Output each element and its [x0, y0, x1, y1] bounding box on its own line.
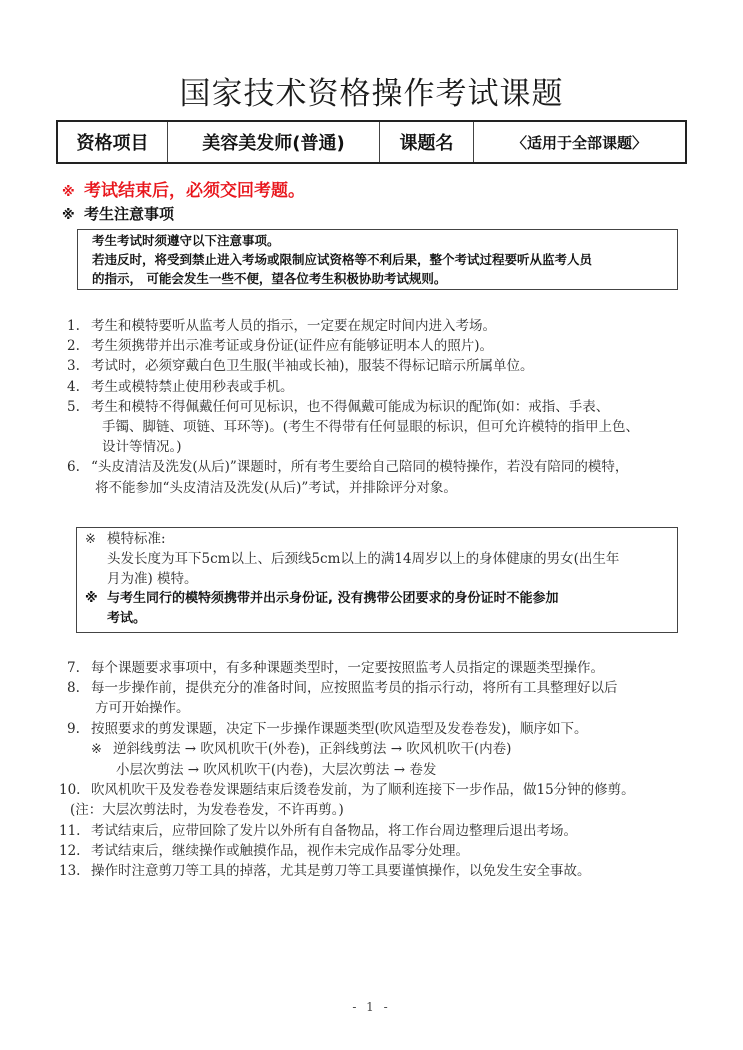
- qualification-label: 资格项目: [58, 122, 168, 162]
- rule-item-10: 10.吹风机吹干及发卷卷发课题结束后烫卷发前，为了顺利连接下一步作品，做15分钟…: [0, 780, 743, 800]
- rule-item-1: 1.考生和模特要听从监考人员的指示，一定要在规定时间内进入考场。: [0, 316, 743, 336]
- rule-item-6: 6. “头皮清洁及洗发(从后)”课题时，所有考生要给自己陪同的模特操作，若没有陪…: [0, 457, 743, 497]
- rule-item-9: 9.按照要求的剪发课题，决定下一步操作课题类型(吹风造型及发卷卷发)，顺序如下。: [0, 719, 743, 739]
- reference-mark-icon: ※: [62, 185, 84, 200]
- notice-line: 若违反时，将受到禁止进入考场或限制应试资格等不利后果，整个考试过程要听从监考人员: [92, 250, 677, 269]
- reference-mark-icon: ※: [91, 740, 113, 760]
- rule-item-11: 11.考试结束后，应带回除了发片以外所有自备物品，将工作台周边整理后退出考场。: [0, 821, 743, 841]
- rule-item-2: 2.考生须携带并出示准考证或身份证(证件应有能够证明本人的照片)。: [0, 336, 743, 356]
- qualification-value: 美容美发师(普通): [168, 122, 380, 162]
- notice-box: 考生考试时须遵守以下注意事项。 若违反时，将受到禁止进入考场或限制应试资格等不利…: [77, 229, 678, 290]
- reference-mark-icon: ※: [62, 208, 84, 223]
- rule-item-13: 13.操作时注意剪刀等工具的掉落，尤其是剪刀等工具要谨慎操作，以免发生安全事故。: [0, 861, 743, 881]
- page-number: - 1 -: [0, 1000, 743, 1014]
- rule-item-12: 12.考试结束后，继续操作或触摸作品，视作未完成作品零分处理。: [0, 841, 743, 861]
- notice-line: 考生考试时须遵守以下注意事项。: [92, 231, 677, 250]
- model-standard-line: 月为准) 模特。: [85, 570, 677, 590]
- model-standard-line: 头发长度为耳下5cm以上、后颈线5cm以上的满14周岁以上的身体健康的男女(出生…: [85, 550, 677, 570]
- model-standard-box: ※模特标准: 头发长度为耳下5cm以上、后颈线5cm以上的满14周岁以上的身体健…: [76, 527, 678, 633]
- subject-value: 〈适用于全部课题〉: [474, 122, 685, 162]
- reference-mark-icon: ※: [85, 530, 107, 550]
- header-table: 资格项目 美容美发师(普通) 课题名 〈适用于全部课题〉: [56, 120, 687, 164]
- reference-mark-icon: ※: [85, 589, 107, 609]
- document-title: 国家技术资格操作考试课题: [0, 68, 743, 113]
- model-id-warning: ※与考生同行的模特须携带并出示身份证, 没有携带公团要求的身份证时不能参加: [85, 589, 677, 609]
- model-id-warning-cont: 考试。: [85, 609, 677, 629]
- rule-item-9-sub-2: 小层次剪法 → 吹风机吹干(内卷)，大层次剪法 → 卷发: [0, 760, 743, 780]
- notice-heading-text: 考生注意事项: [84, 205, 174, 223]
- rule-item-7: 7.每个课题要求事项中，有多种课题类型时，一定要按照监考人员指定的课题类型操作。: [0, 658, 743, 678]
- model-standard-heading: ※模特标准:: [85, 530, 677, 550]
- rule-item-4: 4.考生或模特禁止使用秒表或手机。: [0, 377, 743, 397]
- return-exam-warning: ※考试结束后，必须交回考题。: [62, 176, 305, 201]
- rules-list-part2: 7.每个课题要求事项中，有多种课题类型时，一定要按照监考人员指定的课题类型操作。…: [0, 658, 743, 881]
- rules-list-part1: 1.考生和模特要听从监考人员的指示，一定要在规定时间内进入考场。 2.考生须携带…: [0, 316, 743, 498]
- notice-heading: ※考生注意事项: [62, 203, 174, 224]
- rule-item-5: 5. 考生和模特不得佩戴任何可见标识，也不得佩戴可能成为标识的配饰(如：戒指、手…: [0, 397, 743, 458]
- rule-item-8: 8. 每一步操作前，提供充分的准备时间，应按照监考员的指示行动，将所有工具整理好…: [0, 678, 743, 718]
- notice-line: 的指示， 可能会发生一些不便，望各位考生积极协助考试规则。: [92, 269, 677, 288]
- subject-label: 课题名: [380, 122, 474, 162]
- warning-text: 考试结束后，必须交回考题。: [84, 181, 305, 201]
- rule-item-9-sub-1: ※逆斜线剪法 → 吹风机吹干(外卷)，正斜线剪法 → 吹风机吹干(内卷): [0, 739, 743, 760]
- rule-item-10-note: (注：大层次剪法时，为发卷卷发，不许再剪。): [0, 800, 743, 820]
- rule-item-3: 3.考试时，必须穿戴白色卫生服(半袖或长袖)，服装不得标记暗示所属单位。: [0, 356, 743, 376]
